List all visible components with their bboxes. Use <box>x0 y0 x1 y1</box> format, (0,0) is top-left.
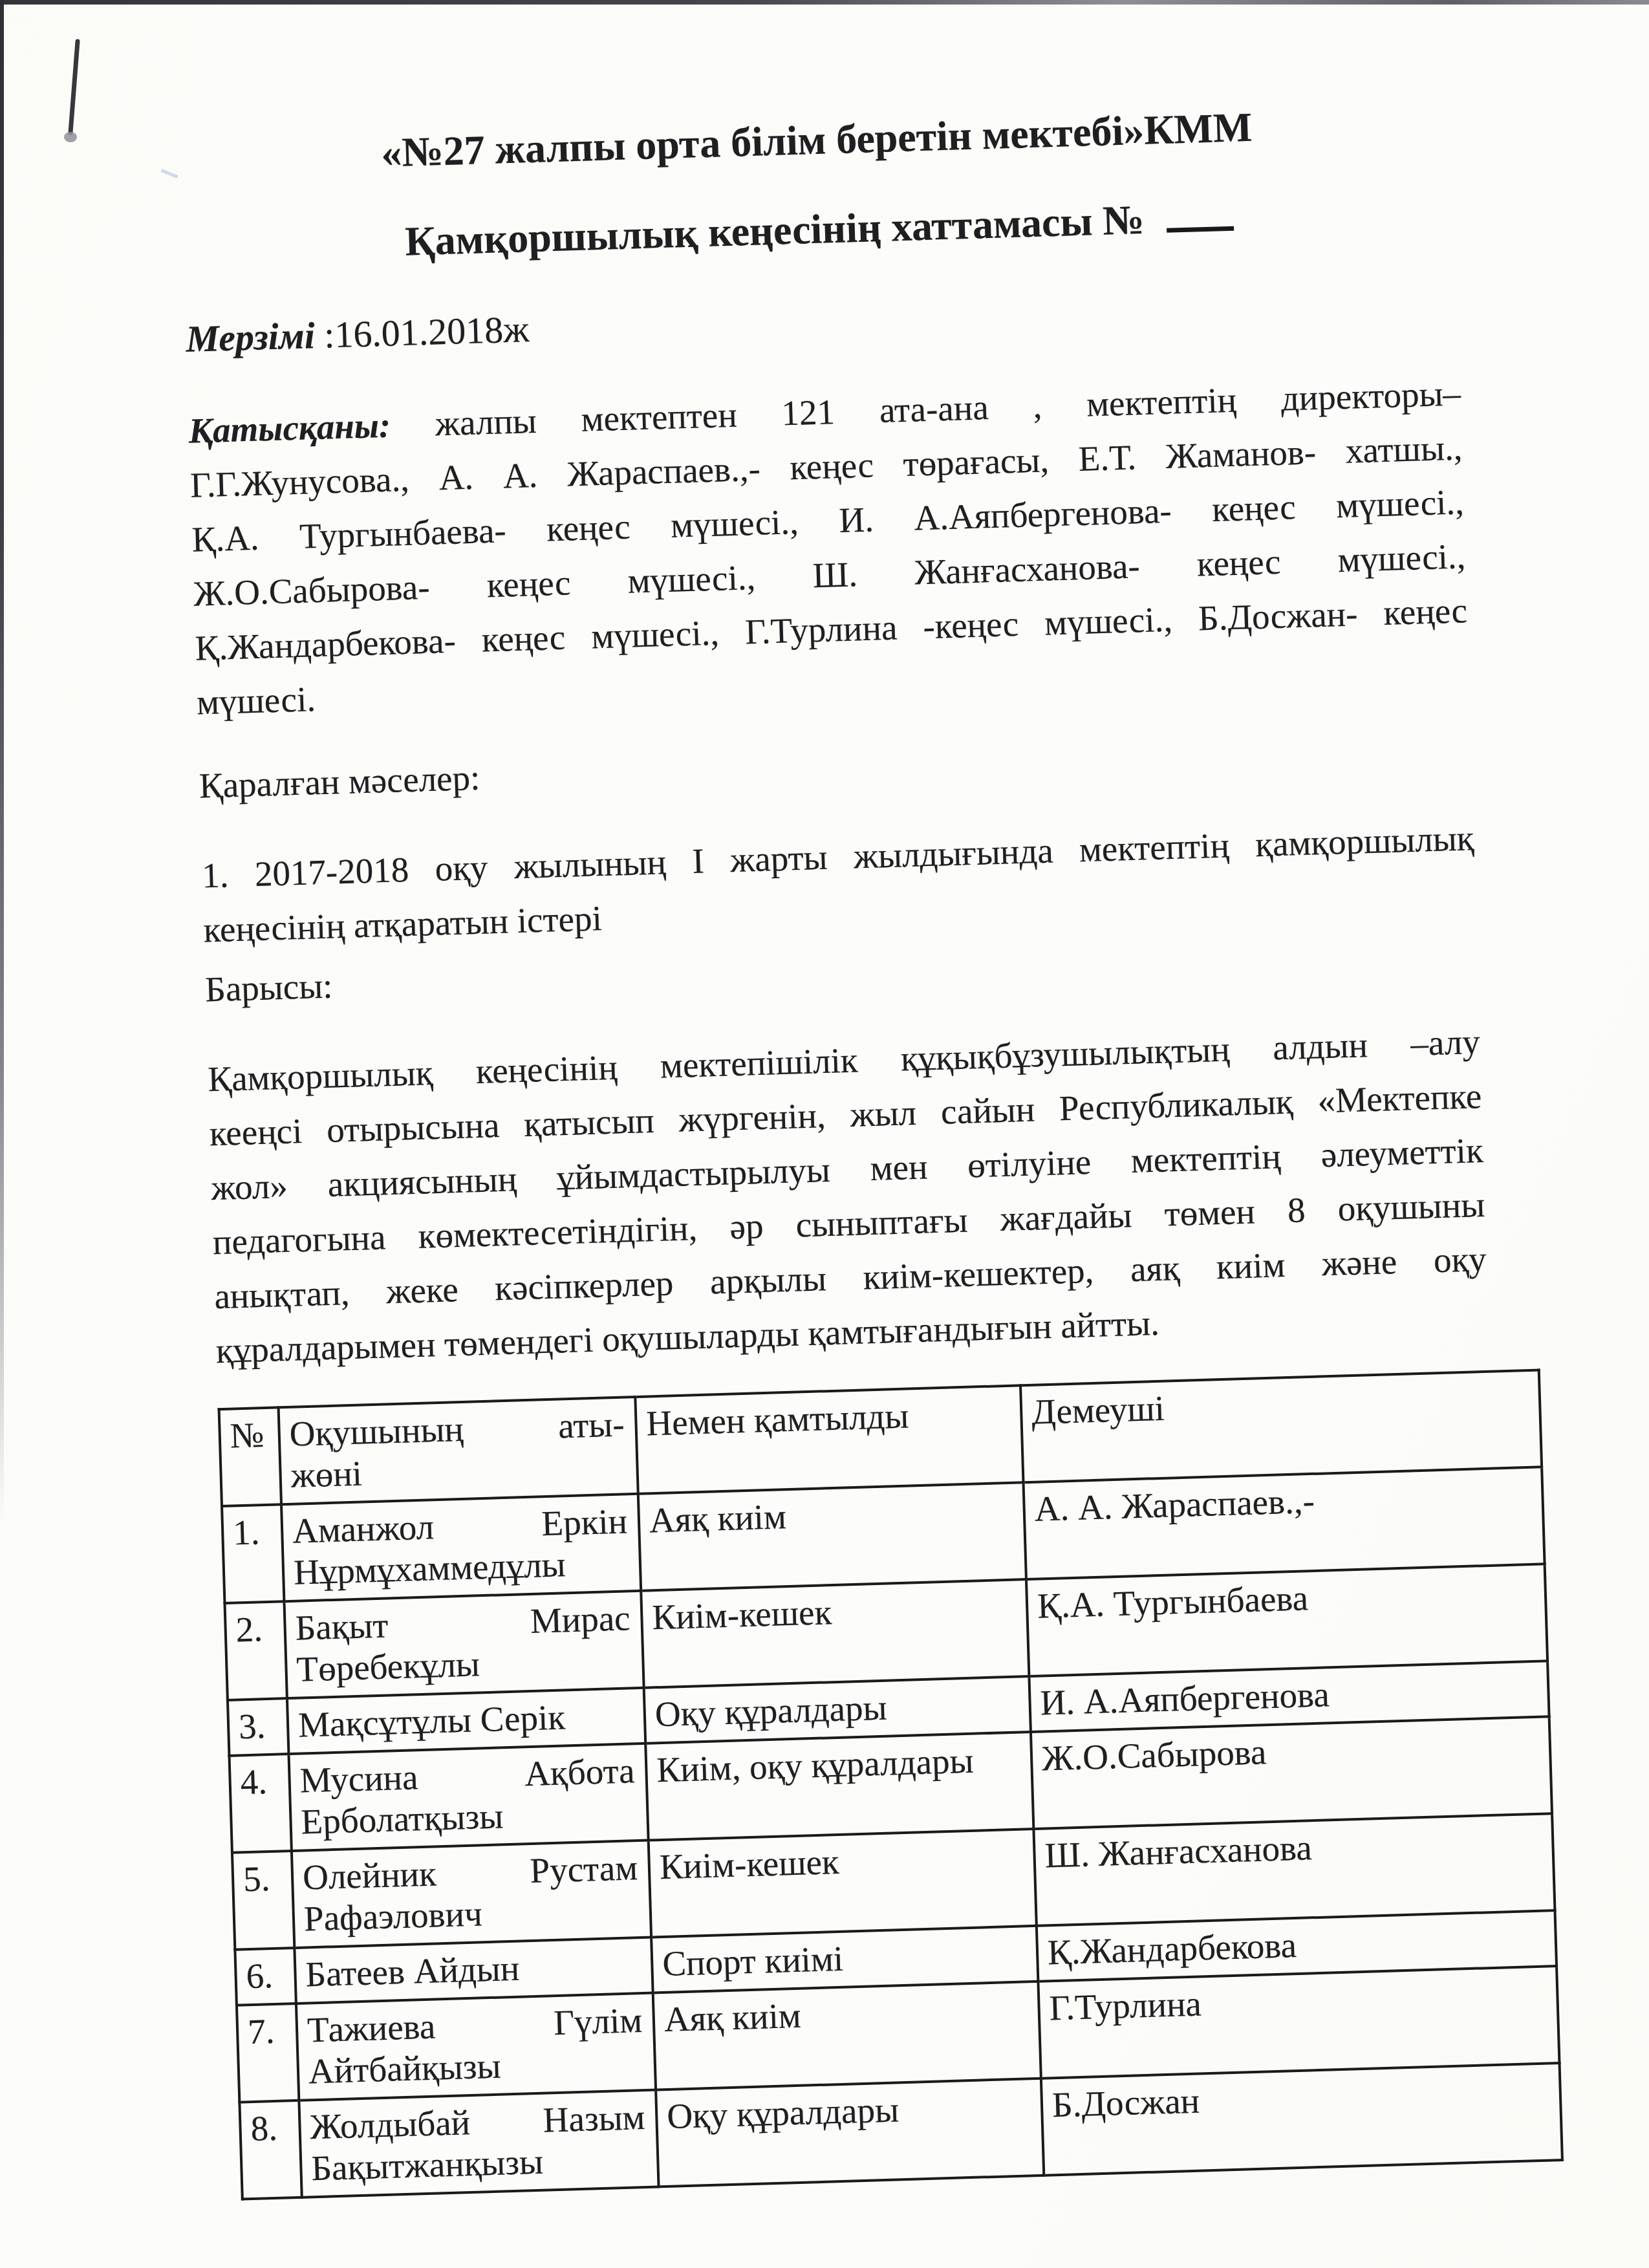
header-cell-sponsor: Демеуші <box>1020 1370 1542 1482</box>
text-line: 4. <box>240 1761 279 1804</box>
table-cell: Батеев Айдын <box>294 1938 652 2003</box>
date-line: Мерзімі :16.01.2018ж <box>185 274 1459 366</box>
protocol-heading: Қамқоршылық кеңесінің хаттамасы № <box>182 184 1456 275</box>
header-cell-student-name: Оқушының аты-жөні <box>279 1397 638 1504</box>
participants-label: Қатысқаны: <box>188 405 391 451</box>
table-cell: А. А. Жараспаев.,- <box>1023 1467 1544 1579</box>
date-label: Мерзімі <box>186 314 316 360</box>
text-line: Қ.Жандарбекова <box>1047 1917 1545 1974</box>
text-line: Г.Турлина <box>1049 1973 1547 2029</box>
table-cell: Аяқ киім <box>653 1982 1041 2090</box>
scanned-document-page: { "document": { "title": "«№27 жалпы орт… <box>0 0 1649 2268</box>
table-cell: Мақсұтұлы Серік <box>287 1688 645 1754</box>
table-cell: 1. <box>222 1504 284 1603</box>
text-line: Аяқ киім <box>649 1489 1013 1542</box>
table-cell: Б.Досжан <box>1041 2063 1562 2176</box>
date-value: :16.01.2018ж <box>314 308 530 356</box>
table-cell: Аяқ киім <box>638 1482 1026 1591</box>
text-line: Б.Досжан <box>1051 2070 1549 2126</box>
document-sheet: «№27 жалпы орта білім беретін мектебі»КМ… <box>180 95 1513 2201</box>
text-line: 2. <box>235 1608 274 1651</box>
table-cell: Киім-кешек <box>649 1829 1037 1938</box>
text-line: 7. <box>247 2010 286 2053</box>
text-line: Демеуші <box>1031 1377 1529 1433</box>
text-line: 3. <box>238 1705 277 1748</box>
participants-continuation: Г.Г.Жунусова., А. А. Жараспаев.,- кеңес … <box>189 420 1470 729</box>
table-cell: Қ.А. Тургынбаева <box>1026 1564 1547 1676</box>
table-cell: 7. <box>237 2003 299 2102</box>
table-cell: 3. <box>228 1698 289 1756</box>
table-cell: Олейник РустамРафаэлович <box>292 1841 651 1948</box>
text-line: Мақсұтұлы Серік <box>297 1694 634 1745</box>
table-cell: Оқу құралдары <box>656 2079 1044 2187</box>
document-title: «№27 жалпы орта білім беретін мектебі»КМ… <box>180 95 1454 186</box>
table-cell: 8. <box>239 2101 301 2199</box>
table-cell: 2. <box>224 1601 286 1700</box>
scan-edge-left <box>0 0 4 1520</box>
table-cell: 5. <box>232 1851 294 1950</box>
table-cell: Г.Турлина <box>1038 1966 1559 2079</box>
text-line: 6. <box>246 1955 285 1998</box>
table-cell: Бақыт МирасТөребекұлы <box>284 1591 643 1698</box>
text-line: Немен қамтылды <box>646 1392 1011 1445</box>
text-line: И. А.Аяпбергенова <box>1040 1668 1538 1724</box>
text-line: 1. <box>232 1511 271 1554</box>
reviewed-issues-heading: Қаралған мәселер: <box>199 721 1472 813</box>
participants-paragraph: Қатысқаны: жалпы мектептен 121 ата-ана ,… <box>188 366 1469 729</box>
text-line: 8. <box>250 2107 289 2150</box>
text-line: Қ.А. Тургынбаева <box>1037 1571 1535 1627</box>
students-table: № Оқушының аты-жөні Немен қамтылды Демеу… <box>218 1368 1564 2200</box>
table-cell: Киім, оқу құралдары <box>645 1732 1033 1841</box>
text-line: Оқу құралдары <box>654 1683 1019 1736</box>
students-table-body: 1.Аманжол ЕркінНұрмұхаммедұлыАяқ киімА. … <box>222 1467 1562 2199</box>
table-cell: Киім-кешек <box>641 1579 1029 1688</box>
scan-edge-top <box>0 0 1649 5</box>
text-line: Оқу құралдары <box>666 2085 1031 2137</box>
table-cell: 4. <box>229 1754 291 1853</box>
table-cell: Жолдыбай НазымБақытжанқызы <box>299 2090 658 2197</box>
text-line: А. А. Жараспаев.,- <box>1034 1474 1532 1530</box>
proceedings-paragraph: Қамқоршылық кеңесінің мектепішілік құқық… <box>207 1015 1489 1378</box>
text-line: Батеев Айдын <box>305 1944 641 1995</box>
text-line: Ж.О.Сабырова <box>1041 1723 1539 1780</box>
text-line: Киім-кешек <box>659 1836 1024 1888</box>
table-cell: Аманжол ЕркінНұрмұхаммедұлы <box>281 1494 641 1601</box>
text-line: Аяқ киім <box>663 1988 1028 2040</box>
table-cell: Мусина АқботаЕрболатқызы <box>288 1744 648 1851</box>
table-cell: 6. <box>235 1948 296 2005</box>
text-line: 5. <box>242 1858 281 1901</box>
protocol-number-blank <box>1167 226 1234 233</box>
text-line: № <box>230 1414 268 1457</box>
table-cell: Ш. Жанғасханова <box>1033 1813 1555 1926</box>
header-cell-number: № <box>219 1407 281 1506</box>
text-line: Киім-кешек <box>651 1586 1016 1639</box>
text-line: Спорт киімі <box>662 1932 1026 1985</box>
protocol-heading-text: Қамқоршылық кеңесінің хаттамасы № <box>404 197 1145 265</box>
header-cell-provided-item: Немен қамтылды <box>635 1385 1023 1494</box>
pen-stroke-mark <box>59 32 111 155</box>
text-line: Ш. Жанғасханова <box>1044 1820 1542 1877</box>
table-cell: Тажиева ГүлімАйтбайқызы <box>296 1993 656 2101</box>
table-cell: Ж.О.Сабырова <box>1031 1716 1552 1829</box>
ink-fleck <box>160 169 178 178</box>
text-line: Киім, оқу құралдары <box>656 1739 1020 1791</box>
